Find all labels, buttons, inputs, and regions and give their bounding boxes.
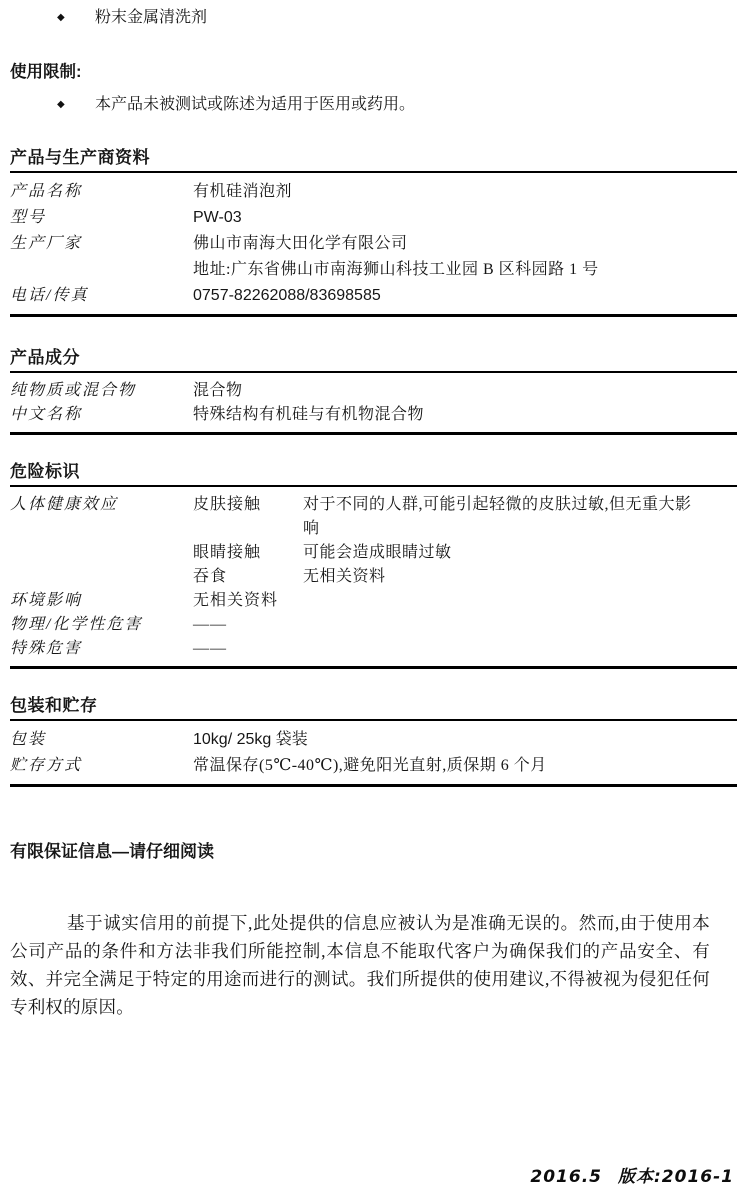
row-sublabel: 吞食	[193, 565, 303, 589]
row-label: 特殊危害	[10, 637, 193, 661]
table-row: 环境影响 无相关资料	[10, 589, 737, 613]
document-page: ◆ 粉末金属清洗剂 使用限制: ◆ 本产品未被测试或陈述为适用于医用或药用。 产…	[0, 0, 747, 1200]
row-value: 无相关资料	[303, 565, 703, 589]
intro-bullet-item: ◆ 粉末金属清洗剂	[10, 6, 737, 30]
footer-version: 版本:2016-1	[618, 1167, 734, 1187]
row-value: 10kg/ 25kg 袋装	[193, 727, 737, 753]
section-end-rule	[10, 784, 737, 787]
intro-bullet-text: 粉末金属清洗剂	[95, 6, 207, 30]
row-value: 地址:广东省佛山市南海狮山科技工业园 B 区科园路 1 号	[193, 257, 737, 283]
section-end-rule	[10, 314, 737, 317]
row-value	[303, 589, 703, 613]
section-title: 危险标识	[10, 461, 737, 483]
row-sublabel: 皮肤接触	[193, 493, 303, 541]
row-value: 可能会造成眼睛过敏	[303, 541, 703, 565]
table-row: 特殊危害 ——	[10, 637, 737, 661]
warranty-paragraph: 基于诚实信用的前提下,此处提供的信息应被认为是准确无误的。然而,由于使用本公司产…	[10, 909, 710, 1021]
diamond-bullet-icon: ◆	[57, 6, 95, 30]
usage-bullet-text: 本产品未被测试或陈述为适用于医用或药用。	[95, 93, 415, 117]
table-row: 眼睛接触 可能会造成眼睛过敏	[10, 541, 737, 565]
row-sublabel: 无相关资料	[193, 589, 303, 613]
row-sublabel: 眼睛接触	[193, 541, 303, 565]
row-label: 人体健康效应	[10, 493, 193, 541]
row-value: PW-03	[193, 205, 737, 231]
row-label: 环境影响	[10, 589, 193, 613]
table-row: 纯物质或混合物 混合物	[10, 379, 737, 403]
row-sublabel: ——	[193, 637, 303, 661]
diamond-bullet-icon: ◆	[57, 93, 95, 117]
row-label: 中文名称	[10, 403, 193, 427]
section-title: 产品与生产商资料	[10, 147, 737, 169]
row-value	[303, 613, 703, 637]
table-row: 中文名称 特殊结构有机硅与有机物混合物	[10, 403, 737, 427]
footer-version-note: 2016.5版本:2016-1	[530, 1162, 734, 1187]
row-value: 有机硅消泡剂	[193, 179, 737, 205]
table-row: 产品名称 有机硅消泡剂	[10, 179, 737, 205]
row-label: 生产厂家	[10, 231, 193, 257]
table-row: 人体健康效应 皮肤接触 对于不同的人群,可能引起轻微的皮肤过敏,但无重大影响	[10, 493, 737, 541]
row-value: 佛山市南海大田化学有限公司	[193, 231, 737, 257]
row-value: 常温保存(5℃-40℃),避免阳光直射,质保期 6 个月	[193, 753, 737, 779]
row-label: 包装	[10, 727, 193, 753]
table-row: 吞食 无相关资料	[10, 565, 737, 589]
table-row: 贮存方式 常温保存(5℃-40℃),避免阳光直射,质保期 6 个月	[10, 753, 737, 779]
section-title: 产品成分	[10, 347, 737, 369]
row-label: 产品名称	[10, 179, 193, 205]
row-label: 型号	[10, 205, 193, 231]
section-end-rule	[10, 432, 737, 435]
table-row: 地址:广东省佛山市南海狮山科技工业园 B 区科园路 1 号	[10, 257, 737, 283]
table-row: 电话/传真 0757-82262088/83698585	[10, 283, 737, 309]
usage-bullet-item: ◆ 本产品未被测试或陈述为适用于医用或药用。	[10, 93, 737, 117]
row-label: 物理/化学性危害	[10, 613, 193, 637]
row-value: 对于不同的人群,可能引起轻微的皮肤过敏,但无重大影响	[303, 493, 703, 541]
row-value: 混合物	[193, 379, 737, 403]
section-title: 包装和贮存	[10, 695, 737, 717]
row-label	[10, 257, 193, 283]
section-composition: 产品成分 纯物质或混合物 混合物 中文名称 特殊结构有机硅与有机物混合物	[10, 347, 737, 435]
row-label: 纯物质或混合物	[10, 379, 193, 403]
row-sublabel: ——	[193, 613, 303, 637]
section-end-rule	[10, 666, 737, 669]
usage-restrictions-heading: 使用限制:	[10, 61, 737, 83]
row-value: 特殊结构有机硅与有机物混合物	[193, 403, 737, 427]
row-value	[303, 637, 703, 661]
table-row: 型号 PW-03	[10, 205, 737, 231]
row-label: 电话/传真	[10, 283, 193, 309]
table-row: 生产厂家 佛山市南海大田化学有限公司	[10, 231, 737, 257]
table-row: 包装 10kg/ 25kg 袋装	[10, 727, 737, 753]
row-label	[10, 541, 193, 565]
table-row: 物理/化学性危害 ——	[10, 613, 737, 637]
row-label: 贮存方式	[10, 753, 193, 779]
footer-date: 2016.5	[530, 1167, 602, 1187]
section-product-manufacturer: 产品与生产商资料 产品名称 有机硅消泡剂 型号 PW-03 生产厂家 佛山市南海…	[10, 147, 737, 317]
warranty-heading: 有限保证信息—请仔细阅读	[10, 841, 737, 863]
section-hazard-identification: 危险标识 人体健康效应 皮肤接触 对于不同的人群,可能引起轻微的皮肤过敏,但无重…	[10, 461, 737, 669]
row-value: 0757-82262088/83698585	[193, 283, 737, 309]
section-packaging-storage: 包装和贮存 包装 10kg/ 25kg 袋装 贮存方式 常温保存(5℃-40℃)…	[10, 695, 737, 787]
row-label	[10, 565, 193, 589]
